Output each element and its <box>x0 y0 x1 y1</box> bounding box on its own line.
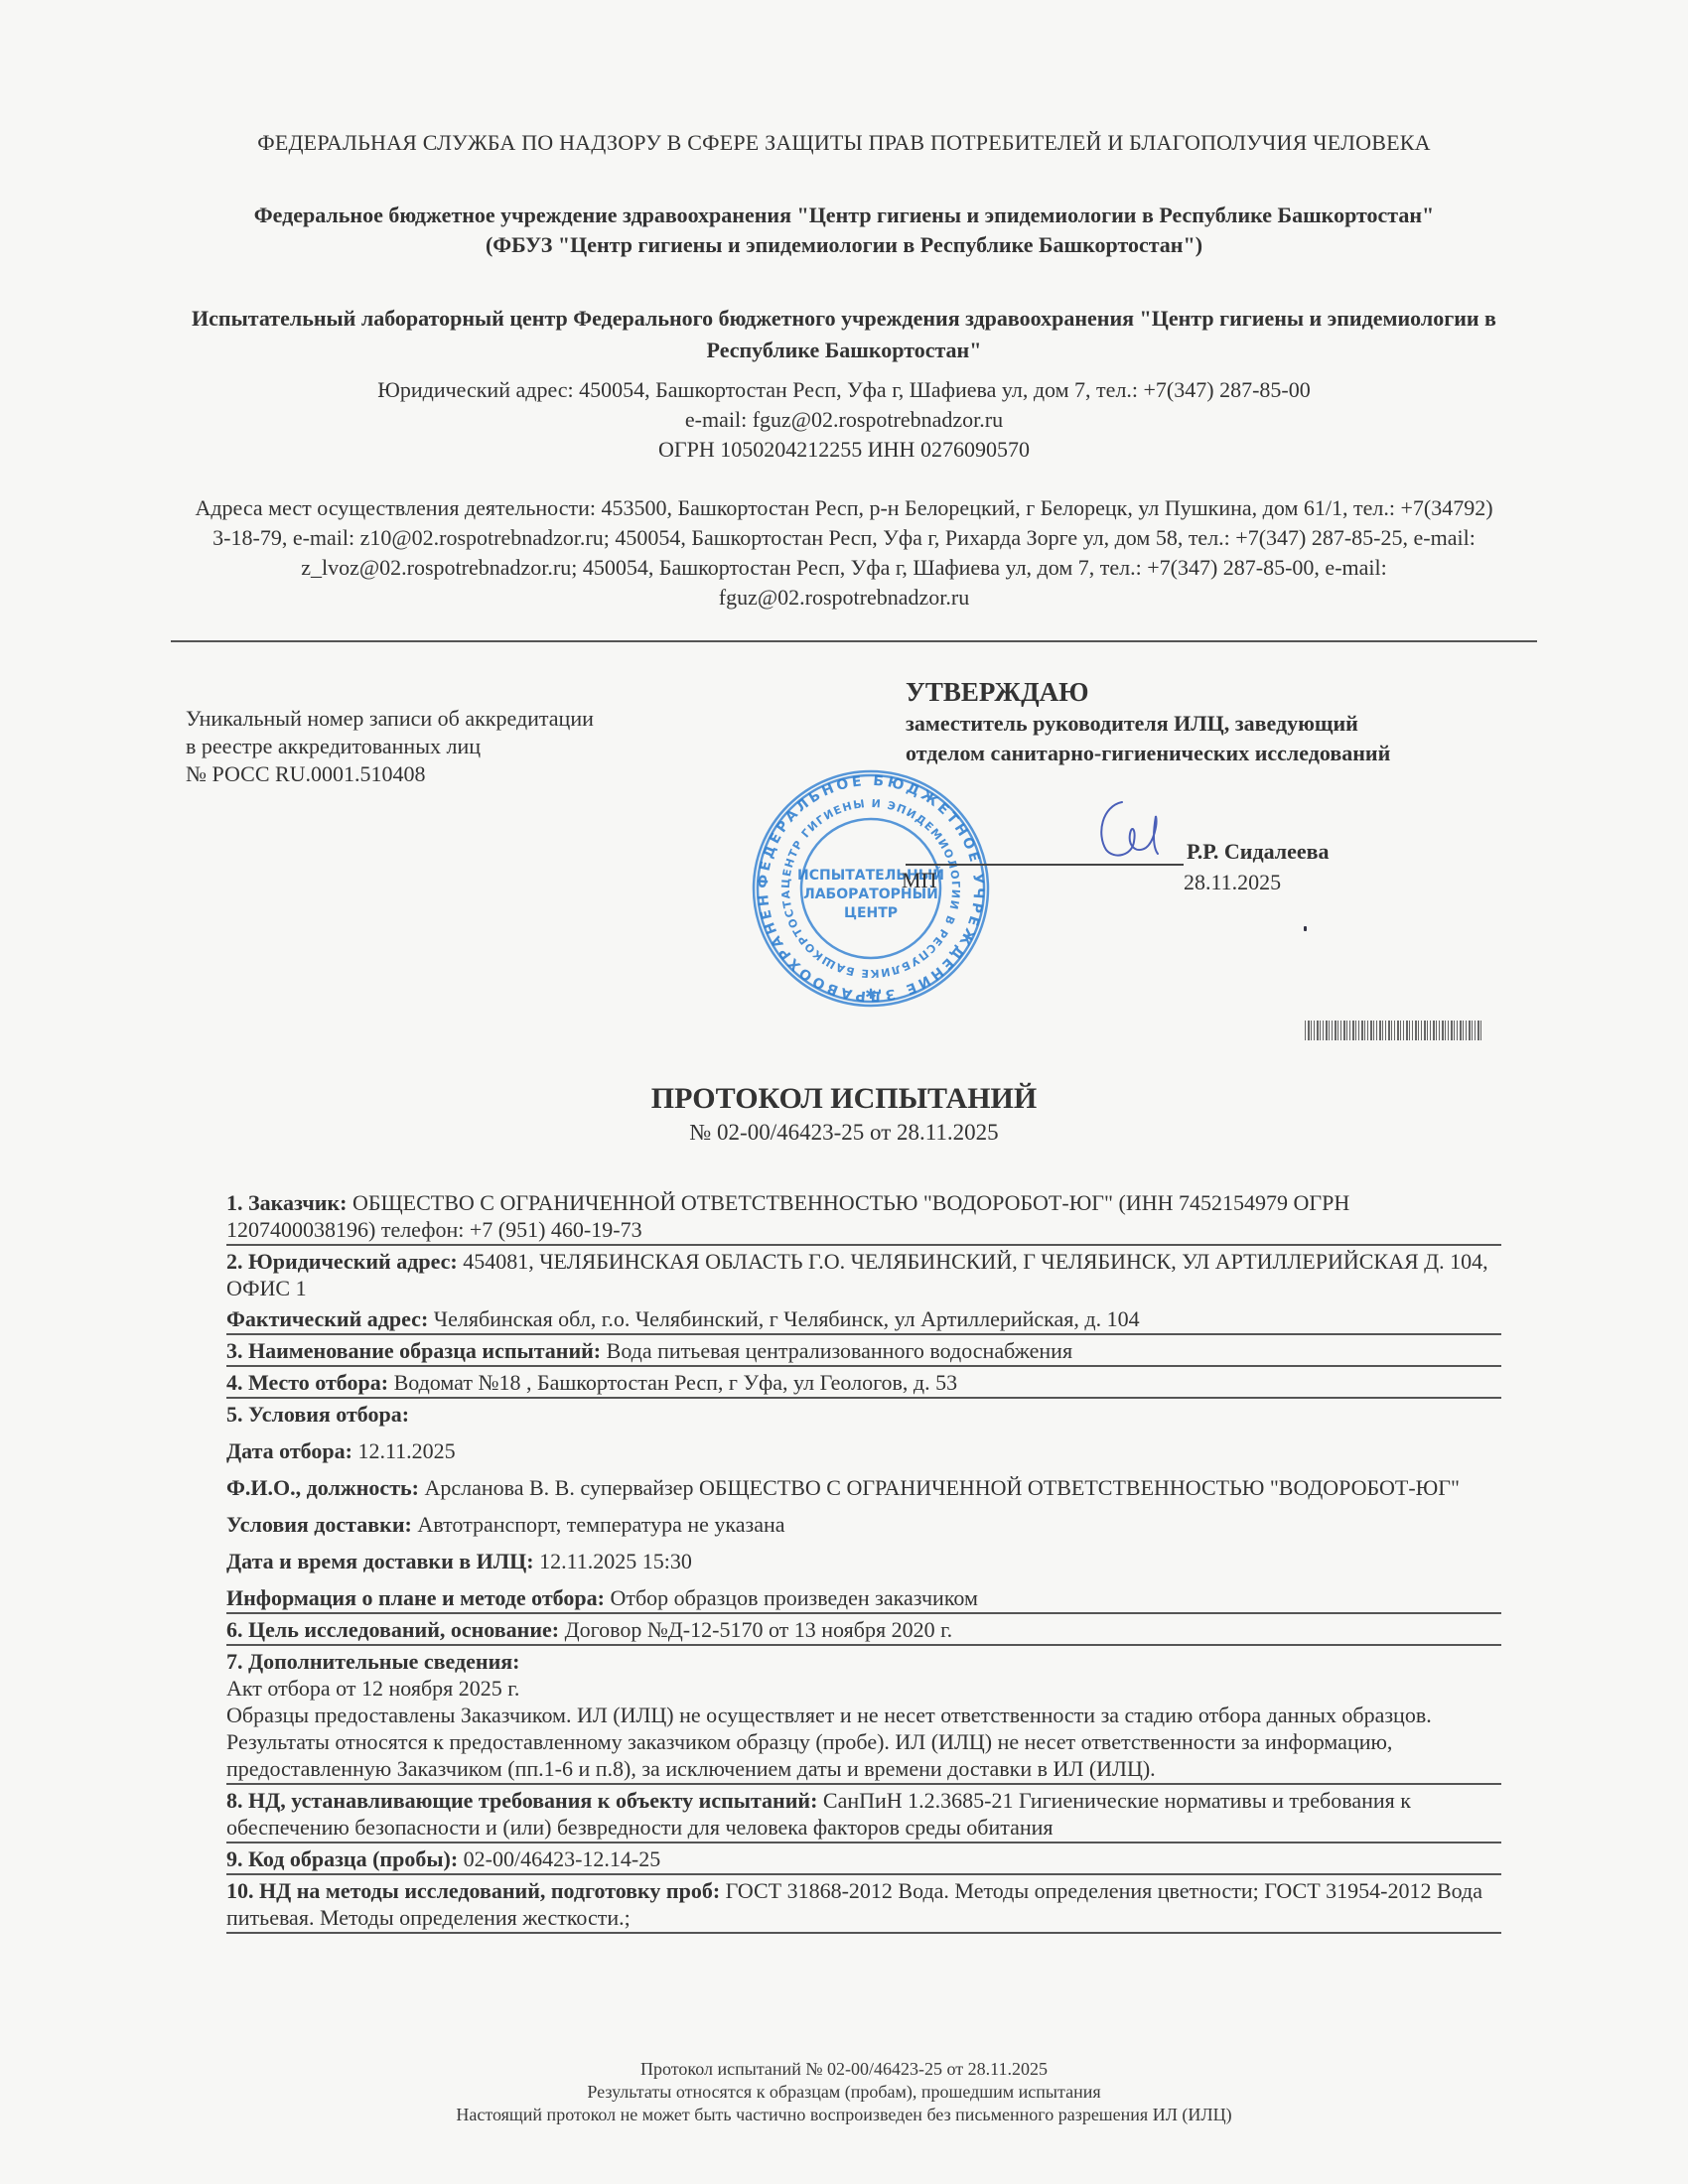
legal-info: Юридический адрес: 450054, Башкортостан … <box>169 375 1519 465</box>
signature-line <box>906 864 1184 866</box>
organization-full-name: Федеральное бюджетное учреждение здравоо… <box>169 201 1519 230</box>
footer-results-note: Результаты относятся к образцам (пробам)… <box>0 2081 1688 2104</box>
footer-reproduction-note: Настоящий протокол не может быть частичн… <box>0 2104 1688 2126</box>
section-6-label: 6. Цель исследований, основание: <box>226 1617 559 1642</box>
stamp-center-line-3: ЦЕНТР <box>844 905 898 921</box>
section-legal-address: 2. Юридический адрес: 454081, ЧЕЛЯБИНСКА… <box>226 1246 1501 1335</box>
delivery-conditions-value: Автотранспорт, температура не указана <box>417 1512 784 1537</box>
legal-address: Юридический адрес: 450054, Башкортостан … <box>169 375 1519 405</box>
section-4-label: 4. Место отбора: <box>226 1370 388 1395</box>
section-5-label: 5. Условия отбора: <box>226 1401 1501 1428</box>
protocol-title: ПРОТОКОЛ ИСПЫТАНИЙ <box>0 1082 1688 1116</box>
section-9-label: 9. Код образца (пробы): <box>226 1846 458 1871</box>
sampler-value: Арсланова В. В. супервайзер ОБЩЕСТВО С О… <box>424 1475 1460 1500</box>
sampling-plan-value: Отбор образцов произведен заказчиком <box>610 1585 977 1610</box>
lab-center-name: Испытательный лабораторный центр Федерал… <box>169 303 1519 366</box>
approver-position-1: заместитель руководителя ИЛЦ, заведующий <box>906 709 1390 739</box>
document-page: ФЕДЕРАЛЬНАЯ СЛУЖБА ПО НАДЗОРУ В СФЕРЕ ЗА… <box>0 0 1688 2184</box>
ogrn-inn: ОГРН 1050204212255 ИНН 0276090570 <box>169 435 1519 465</box>
barcode-icon <box>1305 1021 1483 1040</box>
activity-sites: Адреса мест осуществления деятельности: … <box>189 493 1499 613</box>
sampling-date-value: 12.11.2025 <box>357 1438 455 1463</box>
delivery-conditions-label: Условия доставки: <box>226 1512 412 1537</box>
section-4-value: Водомат №18 , Башкортостан Респ, г Уфа, … <box>394 1370 958 1395</box>
agency-name: ФЕДЕРАЛЬНАЯ СЛУЖБА ПО НАДЗОРУ В СФЕРЕ ЗА… <box>169 127 1519 159</box>
signature-icon <box>1092 794 1187 864</box>
sampling-act: Акт отбора от 12 ноября 2025 г. <box>226 1675 1501 1702</box>
section-10-label: 10. НД на методы исследований, подготовк… <box>226 1878 720 1903</box>
accreditation-block: Уникальный номер записи об аккредитации … <box>186 705 594 788</box>
sampling-plan-label: Информация о плане и методе отбора: <box>226 1585 605 1610</box>
sampler-label: Ф.И.О., должность: <box>226 1475 419 1500</box>
section-sample-code: 9. Код образца (пробы): 02-00/46423-12.1… <box>226 1843 1501 1875</box>
delivery-time-label: Дата и время доставки в ИЛЦ: <box>226 1549 534 1573</box>
section-sampling-conditions: 5. Условия отбора: Дата отбора: 12.11.20… <box>226 1399 1501 1614</box>
signer-name: Р.Р. Сидалеева <box>1187 839 1330 865</box>
section-2-label: 2. Юридический адрес: <box>226 1249 458 1274</box>
section-1-label: 1. Заказчик: <box>226 1190 347 1215</box>
svg-text:✱: ✱ <box>865 987 877 1003</box>
section-requirements: 8. НД, устанавливающие требования к объе… <box>226 1785 1501 1843</box>
section-sample-name: 3. Наименование образца испытаний: Вода … <box>226 1335 1501 1367</box>
organization-short-name: (ФБУЗ "Центр гигиены и эпидемиологии в Р… <box>169 230 1519 260</box>
section-8-label: 8. НД, устанавливающие требования к объе… <box>226 1788 817 1813</box>
footer-protocol-ref: Протокол испытаний № 02-00/46423-25 от 2… <box>0 2058 1688 2081</box>
section-sampling-place: 4. Место отбора: Водомат №18 , Башкортос… <box>226 1367 1501 1399</box>
section-customer: 1. Заказчик: ОБЩЕСТВО С ОГРАНИЧЕННОЙ ОТВ… <box>226 1187 1501 1246</box>
section-7-label: 7. Дополнительные сведения: <box>226 1648 1501 1675</box>
page-footer: Протокол испытаний № 02-00/46423-25 от 2… <box>0 2058 1688 2126</box>
accreditation-number: № РОСС RU.0001.510408 <box>186 760 594 788</box>
protocol-number: № 02-00/46423-25 от 28.11.2025 <box>0 1120 1688 1146</box>
approval-block: УТВЕРЖДАЮ заместитель руководителя ИЛЦ, … <box>906 675 1390 768</box>
header-divider <box>171 640 1537 642</box>
section-1-value: ОБЩЕСТВО С ОГРАНИЧЕННОЙ ОТВЕТСТВЕННОСТЬЮ… <box>226 1190 1349 1242</box>
actual-address-label: Фактический адрес: <box>226 1306 428 1331</box>
accreditation-line-1: Уникальный номер записи об аккредитации <box>186 705 594 733</box>
section-6-value: Договор №Д-12-5170 от 13 ноября 2020 г. <box>565 1617 953 1642</box>
sampling-date-label: Дата отбора: <box>226 1438 352 1463</box>
accreditation-line-2: в реестре аккредитованных лиц <box>186 733 594 760</box>
section-9-value: 02-00/46423-12.14-25 <box>464 1846 661 1871</box>
actual-address-value: Челябинская обл, г.о. Челябинский, г Чел… <box>434 1306 1140 1331</box>
seal-mark: МП <box>902 868 936 893</box>
section-3-value: Вода питьевая централизованного водоснаб… <box>607 1338 1072 1363</box>
section-methods: 10. НД на методы исследований, подготовк… <box>226 1875 1501 1934</box>
additional-info-text: Образцы предоставлены Заказчиком. ИЛ (ИЛ… <box>226 1702 1501 1782</box>
protocol-sections: 1. Заказчик: ОБЩЕСТВО С ОГРАНИЧЕННОЙ ОТВ… <box>226 1187 1501 1934</box>
organization-name: Федеральное бюджетное учреждение здравоо… <box>169 201 1519 260</box>
delivery-time-value: 12.11.2025 15:30 <box>539 1549 692 1573</box>
section-3-label: 3. Наименование образца испытаний: <box>226 1338 601 1363</box>
ink-mark <box>1304 926 1307 931</box>
section-additional-info: 7. Дополнительные сведения: Акт отбора о… <box>226 1646 1501 1785</box>
approval-date: 28.11.2025 <box>1184 870 1281 895</box>
section-purpose: 6. Цель исследований, основание: Договор… <box>226 1614 1501 1646</box>
organization-email: e-mail: fguz@02.rospotrebnadzor.ru <box>169 405 1519 435</box>
approval-title: УТВЕРЖДАЮ <box>906 675 1390 709</box>
seal-stamp-icon: ФЕДЕРАЛЬНОЕ БЮДЖЕТНОЕ УЧРЕЖДЕНИЕ ЗДРАВОО… <box>747 764 995 1013</box>
